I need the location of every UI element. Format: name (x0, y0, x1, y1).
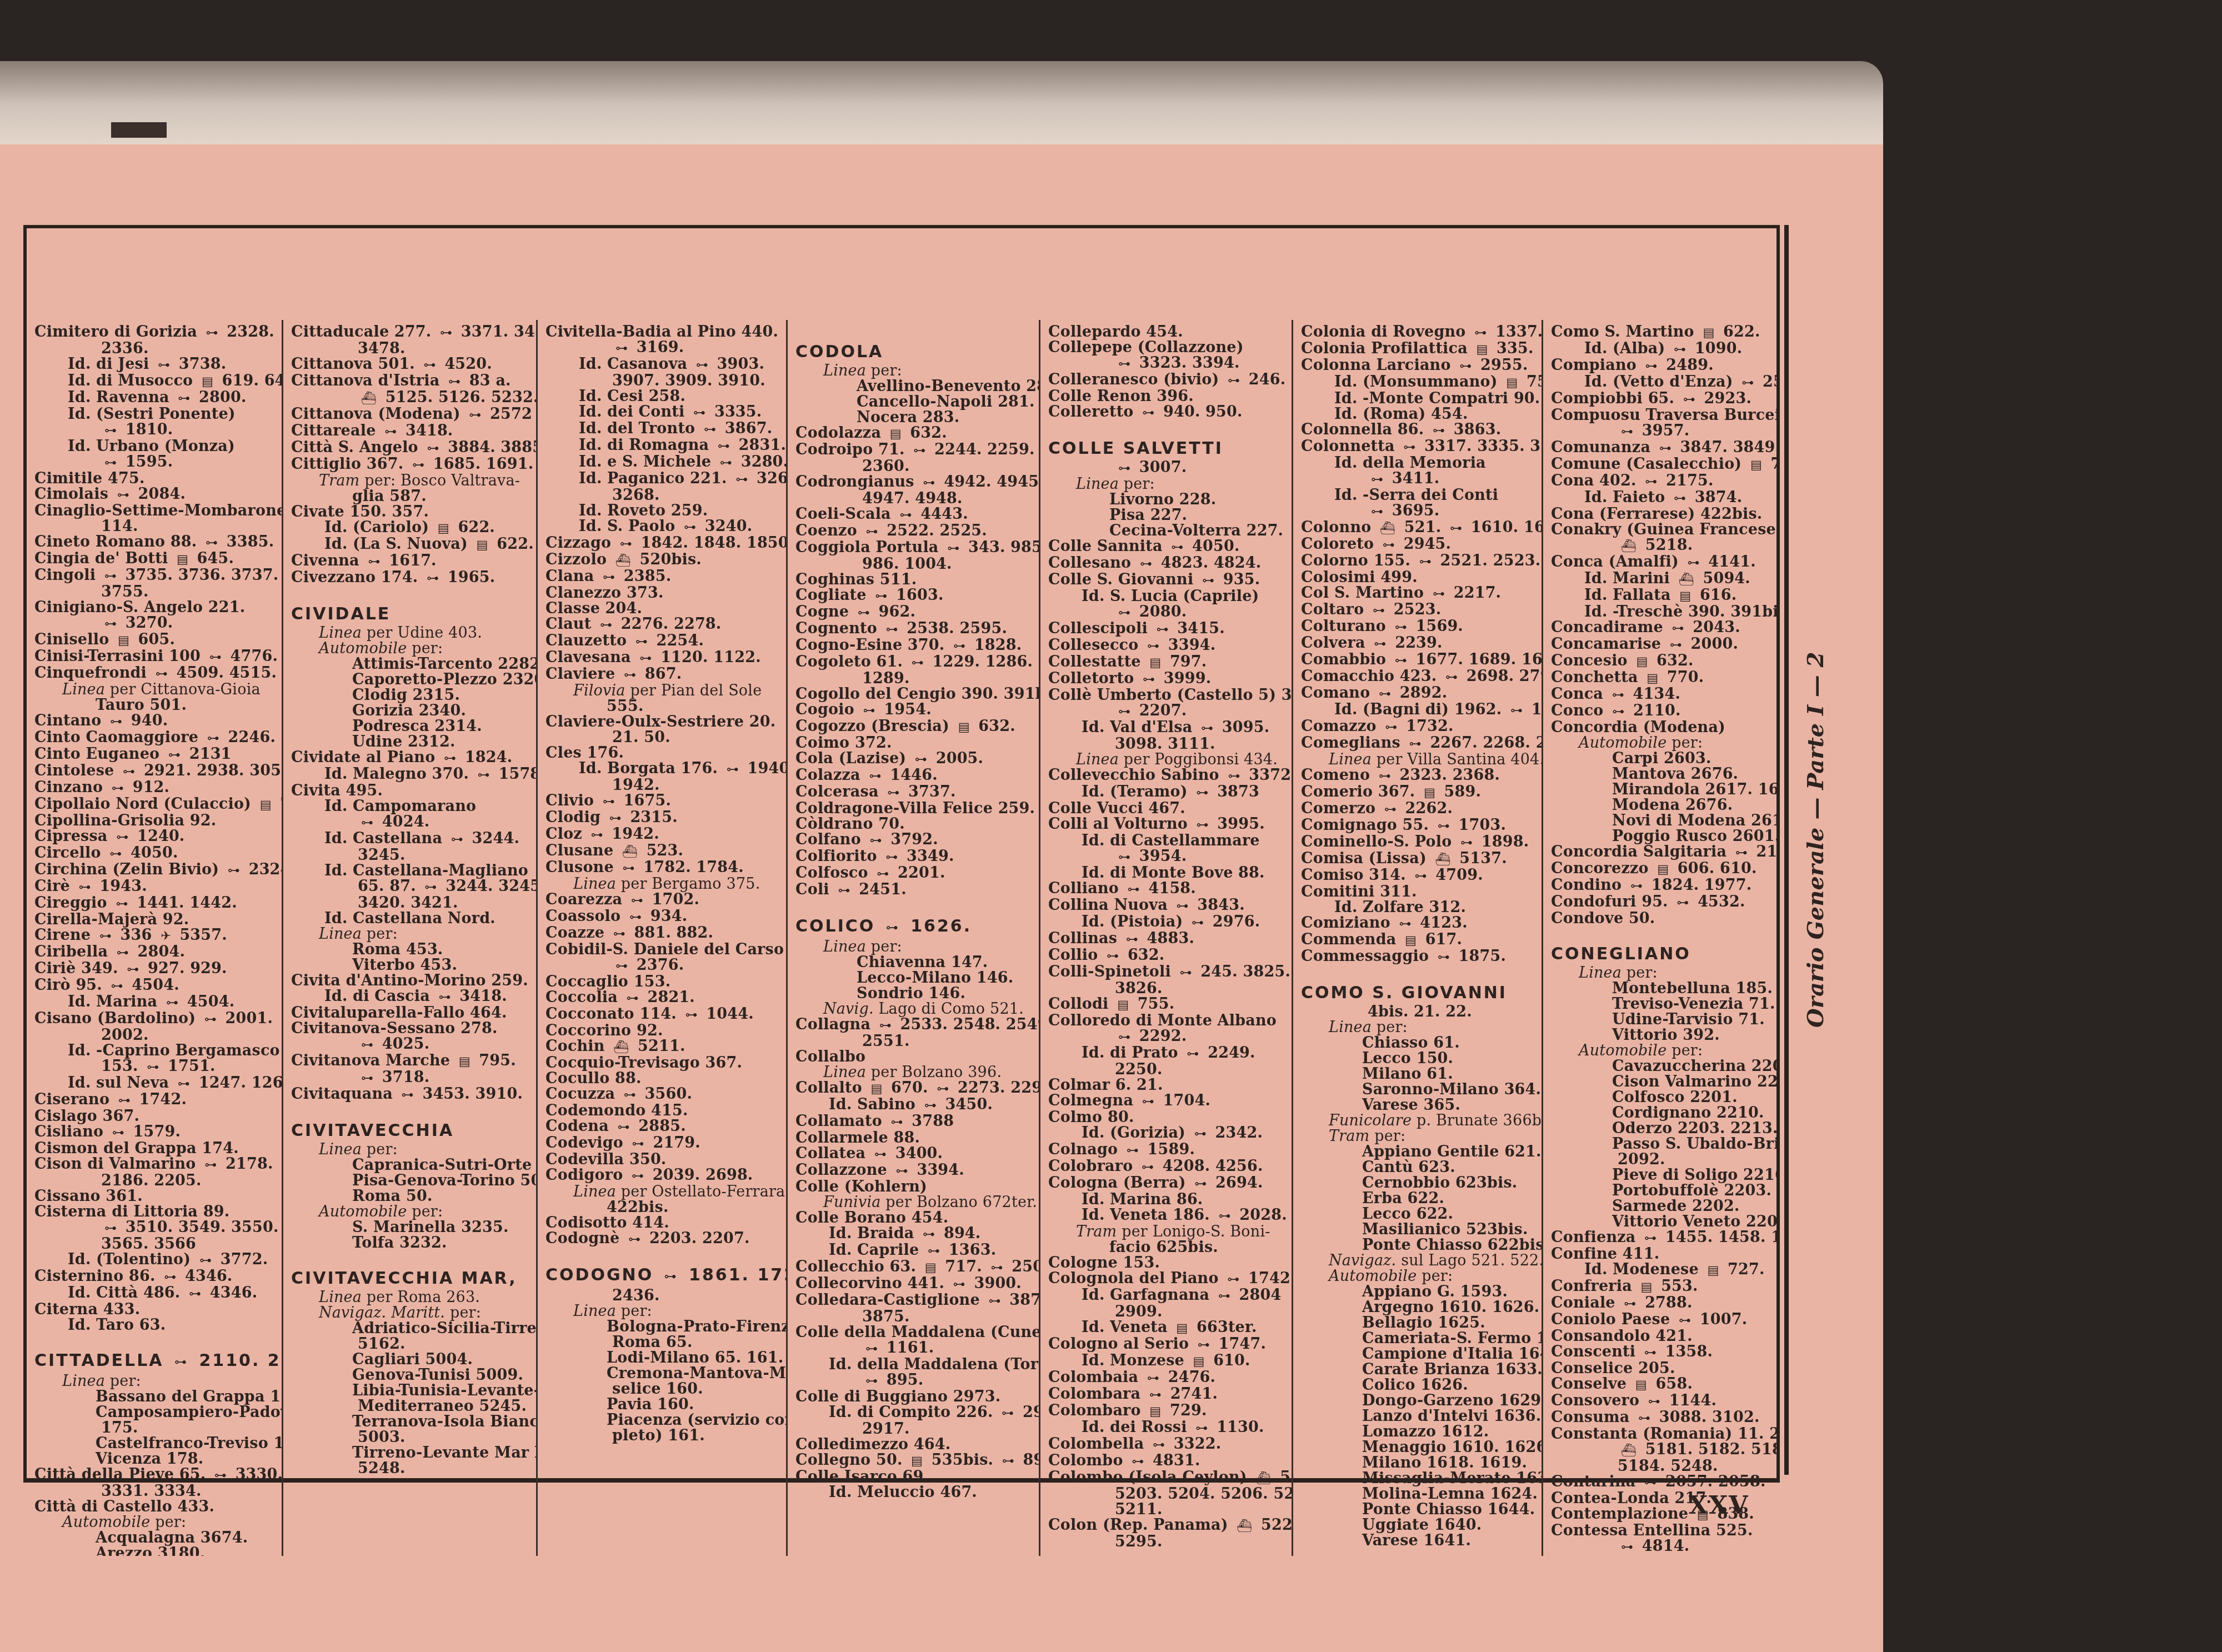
index-entry: Id. Urbano (Monza) (34, 439, 276, 454)
index-entry: 114. (34, 519, 276, 534)
ship-icon: ⛴ (1380, 521, 1395, 537)
bus-icon: ⊶ (865, 524, 878, 540)
index-entry: ⊶ 1595. (34, 454, 276, 471)
index-entry: Cizzolo ⛴ 520bis. (546, 552, 780, 569)
service-line: Automobile per: (1551, 1043, 1771, 1059)
index-entry: Comiso 314. ⊶ 4709. (1301, 868, 1536, 884)
index-entry: ⛴ 5125. 5126. 5232. (291, 390, 531, 407)
index-entry: Udine 2312. (291, 734, 531, 750)
index-entry: Circello ⊶ 4050. (34, 845, 276, 862)
index-entry: Col S. Martino ⊶ 2217. (1301, 585, 1536, 602)
index-entry: Cirella-Majerà 92. (34, 912, 276, 928)
index-entry: Colonia Profilattica ▤ 335. (1301, 341, 1536, 358)
bus-icon: ⊶ (1002, 1406, 1014, 1421)
index-entry: Mediterraneo 5245. (291, 1399, 531, 1414)
index-entry: Carate Brianza 1633. (1301, 1362, 1536, 1378)
index-entry: Clavesana ⊶ 1120. 1122. (546, 650, 780, 667)
index-entry: Id. Roveto 259. (546, 503, 780, 519)
bus-icon: ⊶ (361, 815, 373, 831)
bus-icon: ⊶ (109, 847, 122, 862)
bus-icon: ⊶ (924, 1098, 937, 1114)
index-entry: 3268. (546, 488, 780, 503)
index-entry: ⊶ 4024. (291, 814, 531, 831)
bus-icon: ⊶ (718, 439, 730, 454)
index-entry: Clusane ⛴ 523. (546, 843, 780, 860)
index-entry: Comabbio ⊶ 1677. 1689. 1693. (1301, 652, 1536, 669)
index-entry: 5184. 5248. (1551, 1459, 1771, 1474)
column-1: Cimitero di Gorizia ⊶ 2328.2336.Id. di J… (27, 320, 283, 1556)
index-entry: Id. del Tronto ⊶ 3867. (546, 421, 780, 438)
index-entry: 3478. (291, 341, 531, 357)
bus-icon: ⊶ (79, 880, 91, 895)
bus-icon: ⊶ (1373, 603, 1385, 619)
service-type: Linea (319, 1141, 362, 1158)
index-entry: Codrongianus ⊶ 4942. 4945. (795, 474, 1033, 491)
bus-icon: ⊶ (684, 520, 696, 535)
service-type: Linea (62, 681, 105, 698)
index-entry: Id. Monzese ▤ 610. (1048, 1353, 1286, 1370)
index-entry: Libia-Tunisia-Levante- (291, 1383, 531, 1399)
bus-icon: ⊶ (168, 748, 181, 763)
index-entry: Id. S. Lucia (Caprile) (1048, 589, 1286, 604)
bus-icon: ⊶ (1445, 670, 1458, 685)
index-entry: Nocera 283. (795, 410, 1033, 425)
bus-icon: ⊶ (631, 893, 643, 909)
bus-icon: ⊶ (424, 880, 437, 895)
index-entry: Colfano ⊶ 3792. (795, 832, 1033, 849)
index-entry: Coniolo Paese ⊶ 1007. (1551, 1312, 1771, 1329)
index-entry: Cinquefrondi ⊶ 4509. 4515. (34, 665, 276, 682)
index-entry: Id. (Sestri Ponente) (34, 407, 276, 422)
index-entry: Cislago 367. (34, 1109, 276, 1124)
station-heading: CODOGNO ⊶ 1861. 1728. (546, 1268, 780, 1285)
index-entry: Cologna (Berra) ⊶ 2694. (1048, 1175, 1286, 1192)
bus-icon: ⊶ (1638, 1411, 1650, 1426)
index-entry: Collio ⊶ 632. (1048, 948, 1286, 964)
index-entry: Colorno 155. ⊶ 2521. 2523. (1301, 553, 1536, 570)
column-4: CODOLALinea per:Avellino-Benevento 281.C… (788, 320, 1040, 1556)
index-entry: Appiano G. 1593. (1301, 1284, 1536, 1300)
index-entry: 2250. (1048, 1062, 1286, 1078)
index-entry: Cantù 623. (1301, 1160, 1536, 1175)
service-type: Automobile (1579, 1042, 1666, 1059)
bus-icon: ⊶ (863, 703, 875, 719)
bus-icon: ⊶ (923, 475, 935, 491)
index-entry: Cintolese ⊶ 2921. 2938. 3055. (34, 763, 276, 780)
index-entry: Id. -Caprino Bergamasco (34, 1043, 276, 1059)
index-entry: 21. 50. (546, 730, 780, 745)
index-entry: Cintano ⊶ 940. (34, 713, 276, 730)
index-entry: Colosimi 499. (1301, 570, 1536, 585)
bus-icon: ⊶ (639, 651, 652, 667)
index-entry: Lanzo d'Intelvi 1636. (1301, 1409, 1536, 1424)
bus-icon: ⊶ (214, 1468, 227, 1484)
index-entry: Cizzago ⊶ 1842. 1848. 1850. (546, 535, 780, 552)
station-heading: CODOLA (795, 344, 1033, 360)
index-entry: Cremona-Mantova-Mon- (546, 1366, 780, 1381)
bus-icon: ⊶ (629, 910, 642, 925)
bus-icon: ⊶ (451, 832, 463, 848)
index-entry: Pisa-Genova-Torino 50. (291, 1173, 531, 1189)
tram-icon: ▤ (1707, 1263, 1719, 1279)
index-entry: Id. di Prato ⊶ 2249. (1048, 1045, 1286, 1062)
service-type: Linea (823, 362, 866, 379)
bus-icon: ⊶ (1659, 441, 1671, 457)
index-entry: Id. Garfagnana ⊶ 2804 (1048, 1288, 1286, 1304)
bus-icon: ⊶ (627, 991, 639, 1007)
bus-icon: ⊶ (620, 537, 632, 552)
index-entry: 3755. (34, 584, 276, 600)
bus-icon: ⊶ (1676, 895, 1689, 911)
bus-icon: ⊶ (609, 811, 622, 827)
index-entry: Cisano (Bardolino) ⊶ 2001. (34, 1011, 276, 1028)
bus-icon: ⊶ (879, 1018, 892, 1034)
index-entry: Claviere-Oulx-Sestriere 20. (546, 714, 780, 730)
bus-icon: ⊶ (1187, 1047, 1199, 1062)
index-entry: Collalto ▤ 670. ⊶ 2273. 2299. (795, 1080, 1033, 1097)
index-entry: Collegno 50. ▤ 535bis. ⊶ 892. (795, 1453, 1033, 1469)
bus-icon: ⊶ (1459, 359, 1472, 374)
index-entry: Carpi 2603. (1551, 751, 1771, 767)
page-number: XXV (1689, 1491, 1749, 1520)
index-entry: Colombella ⊶ 3322. (1048, 1436, 1286, 1453)
index-entry: Colle della Maddalena (Cuneo) (795, 1325, 1033, 1340)
bus-icon: ⊶ (1147, 1371, 1159, 1386)
index-entry: Cisternino 86. ⊶ 4346. (34, 1269, 276, 1285)
index-entry: Appiano Gentile 621. (1301, 1144, 1536, 1160)
index-entry: Colli-Spinetoli ⊶ 245. 3825. (1048, 964, 1286, 981)
bus-icon: ⊶ (912, 655, 924, 671)
index-entry: Pisa 227. (1048, 508, 1286, 523)
index-entry: Id. Modenese ▤ 727. (1551, 1262, 1771, 1279)
index-entry: Comeglians ⊶ 2267. 2268. 2270 (1301, 735, 1536, 752)
index-entry: Oderzo 2203. 2213. (1551, 1121, 1771, 1137)
index-entry: Comignago 55. ⊶ 1703. (1301, 818, 1536, 834)
index-entry: Clana ⊶ 2385. (546, 569, 780, 585)
index-entry: Caporetto-Plezzo 2320. (291, 672, 531, 688)
tram-icon: ▤ (890, 427, 902, 442)
index-entry: Colle Isarco 69. (795, 1469, 1033, 1485)
index-entry: 4bis. 21. 22. (1301, 1004, 1536, 1020)
bus-icon: ⊶ (1644, 1475, 1657, 1491)
service-line: Tram per: (1301, 1129, 1536, 1144)
bus-icon: ⊶ (1219, 1209, 1231, 1224)
index-entry: Id. -Monte Compatri 90. (1301, 391, 1536, 407)
service-line: Linea per: (291, 1142, 531, 1158)
index-entry: Sondrio 146. (795, 986, 1033, 1002)
bus-icon: ⊶ (886, 920, 900, 936)
index-entry: Classe 204. (546, 601, 780, 617)
tram-icon: ▤ (1635, 1378, 1647, 1393)
service-line: Tram per: Bosco Valtrava- (291, 473, 531, 489)
index-entry: Coli ⊶ 2451. (795, 882, 1033, 899)
bus-icon: ⊶ (209, 650, 222, 665)
bus-icon: ⊶ (1198, 1338, 1210, 1353)
index-entry: Vittorio Veneto 2206. (1551, 1214, 1771, 1230)
index-entry: 3420. 3421. (291, 895, 531, 911)
tram-icon: ▤ (177, 552, 188, 568)
index-entry: 2360. (795, 459, 1033, 474)
bus-icon: ⊶ (1741, 376, 1754, 391)
index-entry: Claut ⊶ 2276. 2278. (546, 617, 780, 633)
bus-icon: ⊶ (1371, 504, 1383, 520)
bus-icon: ⊶ (402, 1088, 414, 1103)
index-entry: Id. Casanova ⊶ 3903. (546, 357, 780, 373)
bus-icon: ⊶ (870, 833, 882, 849)
bus-icon: ⊶ (887, 785, 899, 801)
index-entry: Pavia 160. (546, 1397, 780, 1413)
bus-icon: ⊶ (885, 850, 898, 865)
index-entry: Id. Castellana Nord. (291, 911, 531, 927)
bus-icon: ⊶ (720, 455, 732, 471)
column-5: Collepardo 454.Collepepe (Collazzone)⊶ 3… (1040, 320, 1293, 1556)
index-entry: Id. -Treschè 390. 391bis. (1551, 604, 1771, 620)
index-entry: Coggiola Portula ⊶ 343. 985. (795, 540, 1033, 557)
index-entry: Città di Castello 433. (34, 1499, 276, 1515)
index-entry: Id. Marini ⛴ 5094. (1551, 571, 1771, 588)
index-entry: Collinas ⊶ 4883. (1048, 931, 1286, 948)
index-entry: Cittanova 501. ⊶ 4520. (291, 357, 531, 373)
tram-icon: ▤ (260, 798, 272, 813)
bus-icon: ⊶ (617, 1120, 629, 1135)
bus-icon: ⊶ (1674, 342, 1686, 358)
service-type: Linea (823, 1064, 866, 1081)
bus-icon: ⊶ (1438, 819, 1450, 834)
index-entry: Id. dei Rossi ⊶ 1130. (1048, 1420, 1286, 1436)
bus-icon: ⊶ (1683, 392, 1695, 408)
index-entry: Id. Marina 86. (1048, 1192, 1286, 1208)
index-entry: Colle Borano 454. (795, 1210, 1033, 1226)
index-entry: Ciserano ⊶ 1742. (34, 1092, 276, 1109)
index-entry: Colle Vucci 467. (1048, 801, 1286, 817)
index-entry: Colledara-Castiglione ⊶ 3873. (795, 1293, 1033, 1309)
index-entry: Comerio 367. ▤ 589. (1301, 784, 1536, 801)
index-entry: Lecco 622. (1301, 1207, 1536, 1222)
ship-icon: ⛴ (615, 553, 631, 569)
index-entry: ⛴ 5218. (1551, 538, 1771, 554)
service-line: Linea per: (34, 1374, 276, 1389)
index-entry: Mantova 2676. (1551, 767, 1771, 782)
service-type: Linea (573, 875, 616, 893)
bus-icon: ⊶ (991, 1260, 1003, 1276)
bus-icon: ⊶ (116, 897, 128, 912)
index-entry: Colliano ⊶ 4158. (1048, 881, 1286, 898)
index-entry: Attimis-Tarcento 2282. (291, 657, 531, 672)
bus-icon: ⊶ (1379, 687, 1391, 702)
bus-icon: ⊶ (1140, 557, 1152, 572)
index-entry: Id. Campomarano (291, 799, 531, 814)
index-entry: 986. 1004. (795, 557, 1033, 572)
index-entry: Cireggio ⊶ 1441. 1442. (34, 895, 276, 912)
bus-icon: ⊶ (1688, 555, 1700, 571)
index-entry: ⊶ 3323. 3394. (1048, 356, 1286, 372)
index-entry: Varese 365. (1301, 1098, 1536, 1113)
service-type: Linea (1329, 751, 1372, 768)
index-entry: 3826. (1048, 981, 1286, 997)
index-entry: 5248. (291, 1461, 531, 1476)
index-entry: 5203. 5204. 5206. 5207. (1048, 1486, 1286, 1502)
index-entry: ⊶ 2207. (1048, 703, 1286, 720)
bus-icon: ⊶ (438, 990, 451, 1005)
tram-icon: ▤ (1193, 1354, 1205, 1370)
index-entry: ⊶ 895. (795, 1373, 1033, 1389)
index-entry: Colombo (Isola Ceylon) ⛴ 5202 (1048, 1470, 1286, 1486)
bus-icon: ⊶ (1149, 1388, 1162, 1403)
index-entry: Lecco-Milano 146. (795, 970, 1033, 986)
index-entry: Id. (Alba) ⊶ 1090. (1551, 341, 1771, 358)
bus-icon: ⊶ (603, 570, 615, 585)
index-entry: ⊶ 4025. (291, 1037, 531, 1053)
index-entry: Bellagio 1625. (1301, 1315, 1536, 1331)
index-entry: Cison Valmarino 2205. (1551, 1074, 1771, 1090)
index-entry: Colcerasa ⊶ 3737. (795, 784, 1033, 801)
bus-icon: ⊶ (1218, 1289, 1230, 1304)
index-entry: Cameriata-S. Fermo 1642. (1301, 1331, 1536, 1346)
bus-icon: ⊶ (1621, 1540, 1633, 1555)
index-entry: Milano 61. (1301, 1067, 1536, 1082)
index-entry: Colvera ⊶ 2239. (1301, 635, 1536, 652)
index-entry: Coccolia ⊶ 2821. (546, 990, 780, 1007)
bus-icon: ⊶ (156, 667, 168, 682)
index-entry: Colombo ⊶ 4831. (1048, 1453, 1286, 1470)
bus-icon: ⊶ (693, 406, 705, 421)
index-entry: Cocuzza ⊶ 3560. (546, 1087, 780, 1103)
index-entry: Id. della Memoria (1301, 455, 1536, 471)
bus-icon: ⊶ (1612, 688, 1624, 703)
column-3: Civitella-Badia al Pino 440.⊶ 3169.Id. C… (538, 320, 788, 1556)
index-entry: Molina-Lemna 1624. (1301, 1486, 1536, 1502)
bus-icon: ⊶ (624, 668, 636, 683)
index-entry: Cona 402. ⊶ 2175. (1551, 473, 1771, 490)
index-entry: Clanezzo 373. (546, 585, 780, 601)
index-entry: Cola (Lazise) ⊶ 2005. (795, 751, 1033, 768)
index-entry: Claviere ⊶ 867. (546, 667, 780, 683)
index-entry: Cernobbio 623bis. (1301, 1175, 1536, 1191)
index-entry: Id. Castellana ⊶ 3244. (291, 831, 531, 848)
bus-icon: ⊶ (928, 1244, 940, 1259)
index-entry: Collestatte ▤ 797. (1048, 654, 1286, 671)
bus-icon: ⊶ (1118, 605, 1130, 621)
side-rule (1784, 225, 1789, 1475)
index-entry: Comune (Casalecchio) ▤ 728. (1551, 457, 1771, 473)
index-entry: Consandolo 421. (1551, 1329, 1771, 1344)
bus-icon: ⊶ (664, 1269, 678, 1285)
index-entry: Id. Faieto ⊶ 3874. (1551, 490, 1771, 507)
index-entry: Cocullo 88. (546, 1071, 780, 1087)
bus-icon: ⊶ (1474, 326, 1487, 341)
index-entry: pleto) 161. (546, 1428, 780, 1444)
tram-icon: ▤ (438, 521, 449, 537)
service-type: Linea (1329, 1019, 1372, 1036)
index-entry: Collatea ⊶ 3400. (795, 1146, 1033, 1163)
index-entry: Argegno 1610. 1626. 1636. (1301, 1300, 1536, 1315)
index-entry: 3565. 3566 (34, 1237, 276, 1252)
bus-icon: ⊶ (1194, 1127, 1207, 1142)
bus-icon: ⊶ (1227, 1272, 1239, 1288)
tram-icon: ▤ (911, 1454, 923, 1469)
index-entry: Id. (Pistoia) ⊶ 2976. (1048, 914, 1286, 931)
index-entry: selice 160. (546, 1381, 780, 1397)
index-entry: Collazzone ⊶ 3394. (795, 1163, 1033, 1179)
index-entry: Id. S. Paolo ⊶ 3240. (546, 519, 780, 535)
bus-icon: ⊶ (204, 1012, 217, 1028)
index-entry: Conco ⊶ 2110. (1551, 703, 1771, 720)
index-entry: Colico 1626. (1301, 1378, 1536, 1393)
bus-icon: ⊶ (1450, 521, 1462, 537)
index-entry: Cogollo del Cengio 390. 391bis. (795, 687, 1033, 702)
index-entry: Id. (Vetto d'Enza) ⊶ 2560 (1551, 374, 1771, 391)
index-entry: 3331. 3334. (34, 1484, 276, 1499)
service-type: Linea (1579, 964, 1622, 982)
index-entry: Cocconato 114. ⊶ 1044. (546, 1007, 780, 1023)
index-entry: Confienza ⊶ 1455. 1458. 1464. (1551, 1230, 1771, 1246)
bus-icon: ⊶ (1384, 802, 1397, 818)
index-entry: Comeno ⊶ 2323. 2368. (1301, 768, 1536, 784)
index-entry: Cochin ⛴ 5211. (546, 1039, 780, 1055)
ship-icon: ⛴ (361, 391, 377, 407)
index-entry: Como S. Martino ▤ 622. (1551, 324, 1771, 341)
index-entry: Codisotto 414. (546, 1215, 780, 1231)
service-type: Linea (1076, 751, 1119, 768)
index-entry: Colli al Volturno ⊶ 3995. (1048, 817, 1286, 833)
index-entry: Contessa Entellina 525. (1551, 1523, 1771, 1539)
bus-icon: ⊶ (1194, 1177, 1207, 1192)
index-entry: Cogliate ⊶ 1603. (795, 588, 1033, 604)
index-entry: 2917. (795, 1421, 1033, 1437)
index-entry: 2092. (1551, 1152, 1771, 1168)
index-entry: Collamato ⊶ 3788 (795, 1114, 1033, 1130)
index-entry: Colonnella 86. ⊶ 3863. (1301, 422, 1536, 439)
index-entry: Còldrano 70. (795, 817, 1033, 832)
index-entry: Cimolais ⊶ 2084. (34, 487, 276, 503)
bus-icon: ⊶ (206, 535, 218, 551)
bus-icon: ⊶ (1132, 1454, 1144, 1470)
index-entry: Id. di Jesi ⊶ 3738. (34, 357, 276, 373)
index-entry: Colonno ⛴ 521. ⊶ 1610. 1626. (1301, 520, 1536, 537)
bus-icon: ⊶ (412, 458, 424, 473)
index-entry: Compiano ⊶ 2489. (1551, 358, 1771, 374)
index-entry: Roma 50. (291, 1189, 531, 1204)
index-entry: Dongo-Garzeno 1629. (1301, 1393, 1536, 1409)
index-entry: ⊶ 3695. (1301, 503, 1536, 520)
index-entry: Concordia Salgitaria ⊶ 2158. (1551, 844, 1771, 861)
ship-icon: ⛴ (1255, 1471, 1271, 1486)
bus-icon: ⊶ (727, 762, 739, 778)
index-entry: ⊶ 2292. (1048, 1029, 1286, 1045)
index-entry: Coccorino 92. (546, 1023, 780, 1039)
index-entry: Portobuffolè 2203. (1551, 1183, 1771, 1199)
service-type: Linea (319, 1289, 362, 1306)
service-line: Linea per: (546, 1304, 780, 1319)
tram-icon: ▤ (925, 1260, 937, 1276)
bus-icon: ⊶ (1142, 1094, 1154, 1110)
index-entry: Id. e S. Michele ⊶ 3280. (546, 454, 780, 471)
index-entry: 4947. 4948. (795, 491, 1033, 507)
bus-icon: ⊶ (1419, 554, 1432, 570)
index-entry: Civitella-Badia al Pino 440. (546, 324, 780, 340)
index-entry: Roma 453. (291, 942, 531, 958)
index-entry: Cittanova d'Istria ⊶ 83 a. (291, 373, 531, 390)
service-type: Linea (823, 938, 866, 955)
index-entry: Cipressa ⊶ 1240. (34, 829, 276, 845)
bus-icon: ⊶ (1670, 638, 1682, 653)
bus-icon: ⊶ (123, 764, 135, 780)
column-6: Colonia di Rovegno ⊶ 1337.Colonia Profil… (1293, 320, 1543, 1556)
index-entry: Codemondo 415. (546, 1103, 780, 1119)
index-entry: Cittanova (Modena) ⊶ 2572 (291, 407, 531, 423)
index-entry: Id. Sabino ⊶ 3450. (795, 1097, 1033, 1114)
bus-icon: ⊶ (104, 1221, 117, 1237)
